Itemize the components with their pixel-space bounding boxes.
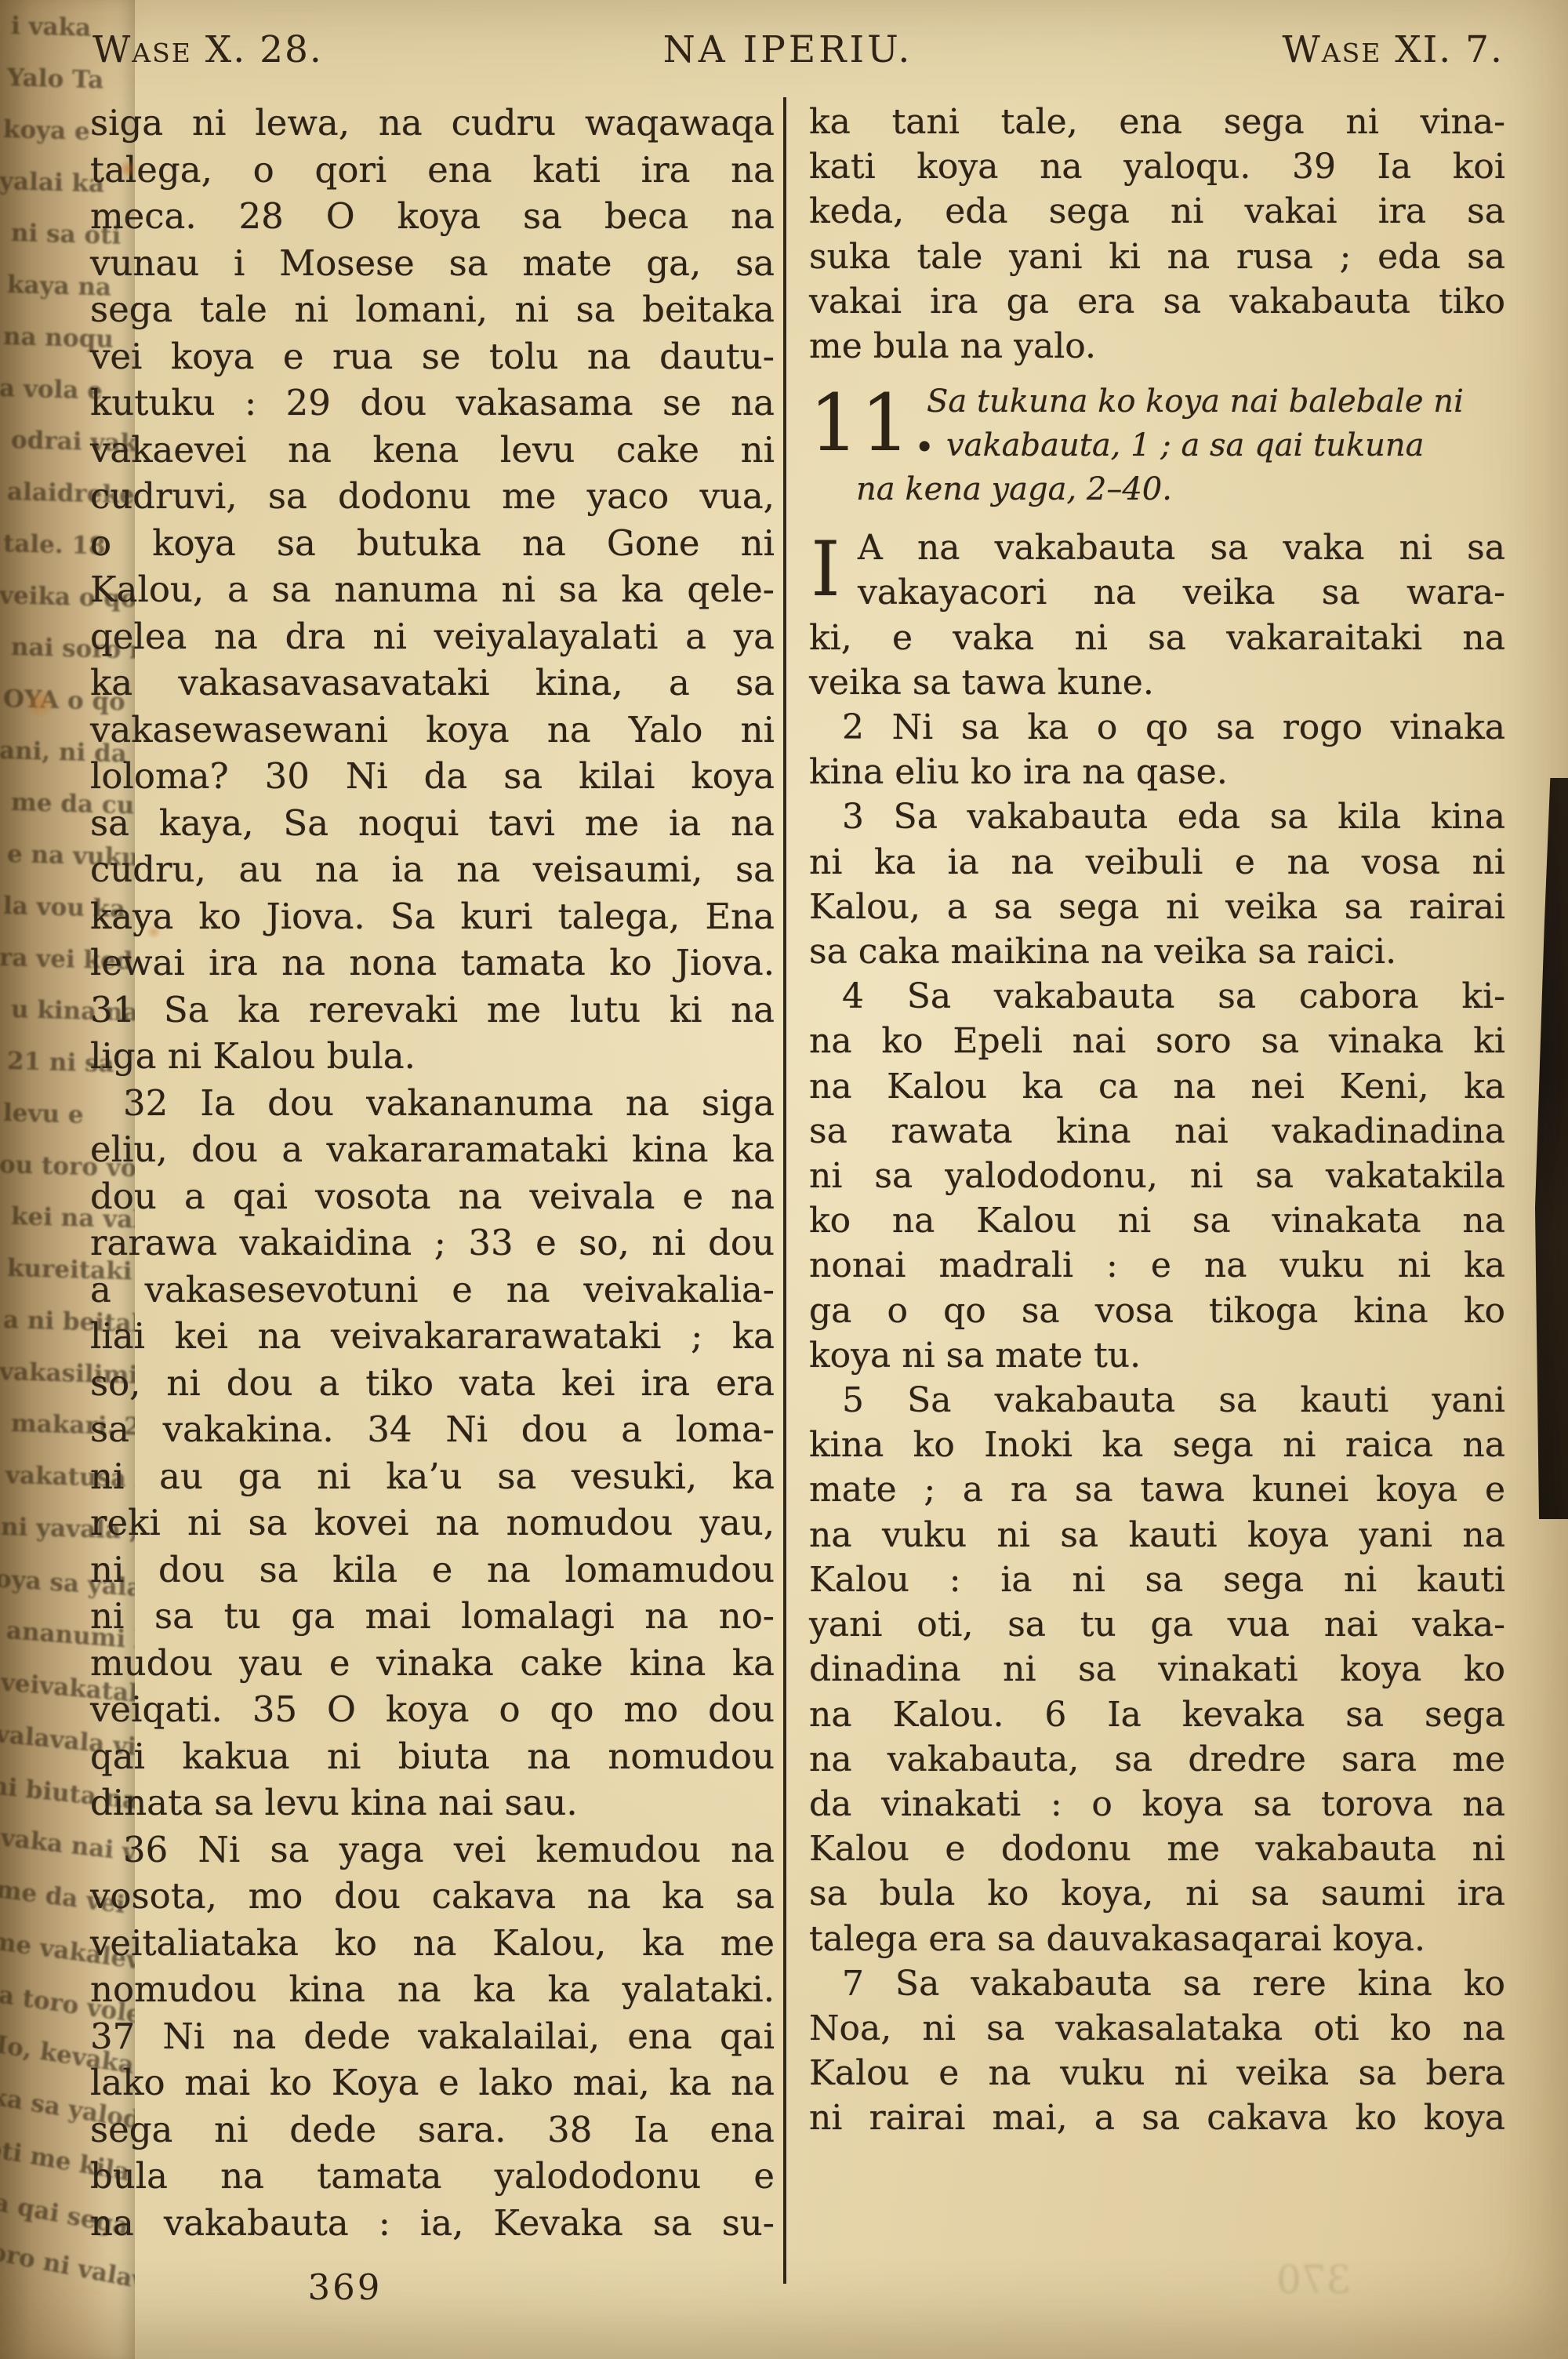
- text-line: vakaevei na kena levu cake ni: [90, 427, 775, 474]
- text-line: mudou yau e vinaka cake kina ka: [90, 1640, 775, 1687]
- text-line: na vakabauta, sa dredre sara me: [809, 1737, 1505, 1782]
- running-head-right-verse-ref: Wase XI. 7.: [1282, 28, 1504, 71]
- text-line: dinadina ni sa vinakati koya ko: [809, 1647, 1505, 1692]
- text-line: kina eliu ko ira na qase.: [809, 750, 1505, 794]
- text-line: na ko Epeli nai soro sa vinaka ki: [809, 1019, 1505, 1063]
- text-line: 37 Ni na dede vakalailai, ena qai: [90, 2013, 775, 2060]
- text-line: eliu, dou a vakararamataki kina ka: [90, 1126, 775, 1173]
- text-line: cudruvi, sa dodonu me yaco vua,: [90, 473, 775, 520]
- page-number: 369: [235, 2266, 455, 2308]
- text-line: mate ; a ra sa tawa kunei koya e: [809, 1467, 1505, 1512]
- text-line: na Kalou ka ca na nei Keni, ka: [809, 1064, 1505, 1109]
- text-line: Kalou, a sa sega ni veika sa rairai: [809, 885, 1505, 929]
- text-line: suka tale yani ki na rusa ; eda sa: [809, 234, 1505, 279]
- text-line: Kalou, a sa nanuma ni sa ka qele-: [90, 566, 775, 613]
- running-head-left-verse-ref: Wase X. 28.: [93, 28, 323, 71]
- text-line: ni ka ia na veibuli e na vosa ni: [809, 840, 1505, 885]
- text-line: 7 Sa vakabauta sa rere kina ko: [809, 1961, 1505, 2006]
- text-line: ka tani tale, ena sega ni vina-: [809, 100, 1505, 144]
- text-line: nonai madrali : e na vuku ni ka: [809, 1243, 1505, 1288]
- text-line: kina ko Inoki ka sega ni raica na: [809, 1423, 1505, 1467]
- text-line: sa caka maikina na veika sa raici.: [809, 929, 1505, 974]
- book-page-scan: i vakaYalo Takoya eyalai kani sa otikaya…: [0, 0, 1568, 2359]
- text-line: sa kaya, Sa noqui tavi me ia na: [90, 800, 775, 847]
- text-line: vakai ira ga era sa vakabauta tiko: [809, 279, 1505, 324]
- chapter-11-summary-block: 11. Sa tukuna ko koya nai balebale ni va…: [809, 380, 1505, 511]
- right-column-verses: 2 Ni sa ka o qo sa rogo vinakakina eliu …: [809, 705, 1505, 2141]
- text-line: koya ni sa mate tu.: [809, 1333, 1505, 1378]
- text-line: 3 Sa vakabauta eda sa kila kina: [809, 794, 1505, 839]
- text-line: ni sa tu ga mai lomalagi na no-: [90, 1593, 775, 1640]
- show-through-reverse-page-number: 370: [1276, 2257, 1351, 2303]
- text-line: lako mai ko Koya e lako mai, ka na: [90, 2059, 775, 2106]
- text-line: vei koya e rua se tolu na dautu-: [90, 333, 775, 380]
- text-line: ni dou sa kila e na lomamudou: [90, 1547, 775, 1594]
- text-line: so, ni dou a tiko vata kei ira era: [90, 1360, 775, 1407]
- text-line: lewai ira na nona tamata ko Jiova.: [90, 940, 775, 987]
- text-line: talega era sa dauvakasaqarai koya.: [809, 1917, 1505, 1961]
- drop-cap-paragraph: I A na vakabauta sa vaka ni savakayacori…: [809, 525, 1505, 705]
- chapter-summary-line: na kena yaga, 2–40.: [809, 467, 1505, 511]
- text-line: sa bula ko koya, ni sa saumi ira: [809, 1871, 1505, 1916]
- text-line: na vuku ni sa kauti koya yani na: [809, 1513, 1505, 1558]
- text-line: 32 Ia dou vakananuma na siga: [90, 1080, 775, 1127]
- text-line: veika sa tawa kune.: [809, 660, 1505, 705]
- running-head-book-title: NA IPERIU.: [631, 28, 945, 71]
- text-line: ni au ga ni ka’u sa vesuki, ka: [90, 1453, 775, 1500]
- text-line: sega tale ni lomani, ni sa beitaka: [90, 286, 775, 333]
- text-line: yani oti, sa tu ga vua nai vaka-: [809, 1602, 1505, 1647]
- book-edge-dark-background: [1535, 778, 1568, 1519]
- text-line: liai kei na veivakararawataki ; ka: [90, 1313, 775, 1360]
- text-line: ni sa yalododonu, ni sa vakatakila: [809, 1154, 1505, 1198]
- text-line: liga ni Kalou bula.: [90, 1033, 775, 1080]
- left-text-column: siga ni lewa, na cudru waqawaqatalega, o…: [90, 100, 775, 2246]
- text-line: Kalou : ia ni sa sega ni kauti: [809, 1558, 1505, 1602]
- text-line: 4 Sa vakabauta sa cabora ki-: [809, 974, 1505, 1019]
- right-text-column: ka tani tale, ena sega ni vina-kati koya…: [809, 100, 1505, 2141]
- text-line: veitaliataka ko na Kalou, ka me: [90, 1920, 775, 1967]
- text-line: ni rairai mai, a sa cakava ko koya: [809, 2095, 1505, 2140]
- text-line: vosota, mo dou cakava na ka sa: [90, 1873, 775, 1920]
- text-line: meca. 28 O koya sa beca na: [90, 193, 775, 240]
- text-line: vakayacori na veika sa wara-: [809, 570, 1505, 615]
- chapter-number: 11.: [809, 381, 938, 466]
- text-line: nomudou kina na ka ka yalataki.: [90, 1966, 775, 2013]
- text-line: me bula na yalo.: [809, 324, 1505, 369]
- text-line: vakasewasewani koya na Yalo ni: [90, 707, 775, 754]
- text-line: o koya sa butuka na Gone ni: [90, 520, 775, 567]
- text-line: 31 Sa ka rerevaki me lutu ki na: [90, 987, 775, 1034]
- text-line: ko na Kalou ni sa vinakata na: [809, 1198, 1505, 1243]
- text-line: 36 Ni sa yaga vei kemudou na: [90, 1826, 775, 1874]
- drop-cap-letter: I: [811, 529, 840, 610]
- text-line: qelea na dra ni veiyalayalati a ya: [90, 613, 775, 660]
- text-line: da vinakati : o koya sa torova na: [809, 1782, 1505, 1826]
- text-line: keda, eda sega ni vakai ira sa: [809, 189, 1505, 234]
- text-line: ga o qo sa vosa tikoga kina ko: [809, 1289, 1505, 1333]
- text-line: A na vakabauta sa vaka ni sa: [809, 525, 1505, 570]
- text-line: veiqati. 35 O koya o qo mo dou: [90, 1686, 775, 1733]
- text-line: Noa, ni sa vakasalataka oti ko na: [809, 2006, 1505, 2051]
- text-line: 2 Ni sa ka o qo sa rogo vinaka: [809, 705, 1505, 750]
- text-line: ki, e vaka ni sa vakaraitaki na: [809, 616, 1505, 660]
- text-line: sa rawata kina nai vakadinadina: [809, 1109, 1505, 1154]
- text-line: 5 Sa vakabauta sa kauti yani: [809, 1378, 1505, 1423]
- text-line: na vakabauta : ia, Kevaka sa su-: [90, 2200, 775, 2247]
- text-line: na Kalou. 6 Ia kevaka sa sega: [809, 1692, 1505, 1737]
- text-line: sega ni dede sara. 38 Ia ena: [90, 2106, 775, 2154]
- text-line: Kalou e na vuku ni veika sa bera: [809, 2051, 1505, 2095]
- text-line: reki ni sa kovei na nomudou yau,: [90, 1499, 775, 1547]
- text-line: dou a qai vosota na veivala e na: [90, 1173, 775, 1220]
- text-line: loloma? 30 Ni da sa kilai koya: [90, 753, 775, 800]
- text-line: rarawa vakaidina ; 33 e so, ni dou: [90, 1219, 775, 1267]
- text-line: talega, o qori ena kati ira na: [90, 147, 775, 194]
- text-line: Kalou e dodonu me vakabauta ni: [809, 1826, 1505, 1871]
- text-line: ka vakasavasavataki kina, a sa: [90, 660, 775, 707]
- text-line: vunau i Mosese sa mate ga, sa: [90, 240, 775, 287]
- text-line: sa vakakina. 34 Ni dou a loma-: [90, 1406, 775, 1453]
- text-line: a vakasesevotuni e na veivakalia-: [90, 1267, 775, 1314]
- text-line: cudru, au na ia na veisaumi, sa: [90, 846, 775, 893]
- text-line: dinata sa levu kina nai sau.: [90, 1779, 775, 1826]
- text-line: kati koya na yaloqu. 39 Ia koi: [809, 144, 1505, 189]
- column-divider-rule: [783, 97, 786, 2284]
- text-line: kutuku : 29 dou vakasama se na: [90, 380, 775, 427]
- text-line: bula na tamata yalododonu e: [90, 2153, 775, 2200]
- text-line: qai kakua ni biuta na nomudou: [90, 1733, 775, 1780]
- text-line: kaya ko Jiova. Sa kuri talega, Ena: [90, 893, 775, 940]
- text-line: siga ni lewa, na cudru waqawaqa: [90, 100, 775, 147]
- right-column-continuation-text: ka tani tale, ena sega ni vina-kati koya…: [809, 100, 1505, 369]
